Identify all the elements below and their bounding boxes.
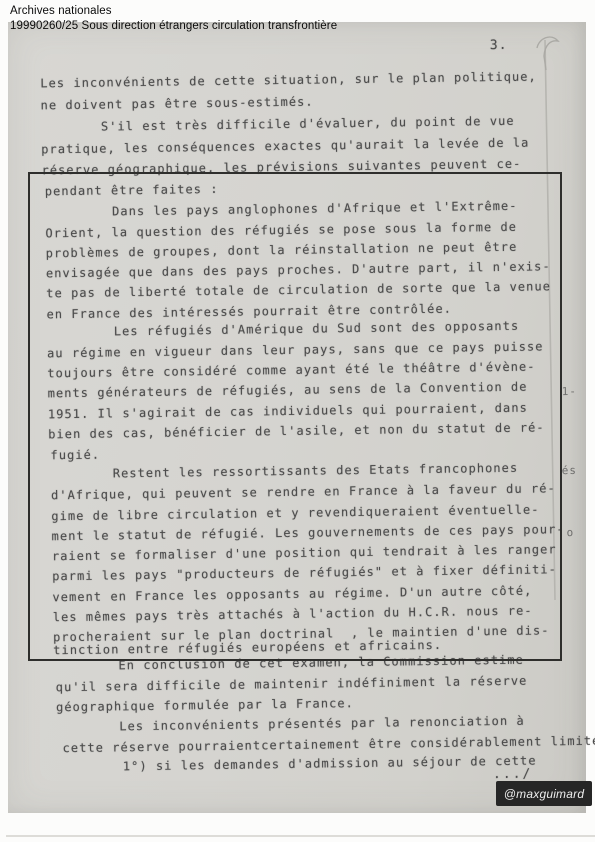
margin-fragment: o (567, 526, 575, 539)
typed-line: ne doivent pas être sous-estimés. (41, 95, 314, 113)
typed-line: géographique formulée par la France. (56, 696, 354, 714)
header-archive-name: Archives nationales (10, 5, 112, 18)
watermark-handle: @maxguimard (504, 787, 584, 801)
typed-line: 1°) si les demandes d'admission au séjou… (123, 754, 537, 774)
typed-line: S'il est très difficile d'évaluer, du po… (101, 114, 515, 134)
annotation-box (28, 172, 562, 661)
page-number: 3. (490, 39, 508, 53)
typed-line: cette réserve pourraientcertainement êtr… (62, 734, 595, 756)
margin-fragment: és (562, 464, 577, 477)
margin-fragment: 1- (562, 385, 577, 398)
typed-line: Les inconvénients présentés par la renon… (119, 714, 525, 734)
typed-line: Les inconvénients de cette situation, su… (40, 69, 537, 90)
typed-line: qu'il sera difficile de maintenir indéfi… (56, 674, 528, 695)
continuation-mark: .../ (493, 768, 533, 783)
watermark-badge: @maxguimard (496, 781, 592, 806)
header-reference: 19990260/25 Sous direction étrangers cir… (10, 20, 337, 33)
typed-line: pratique, les conséquences exactes qu'au… (41, 136, 529, 157)
